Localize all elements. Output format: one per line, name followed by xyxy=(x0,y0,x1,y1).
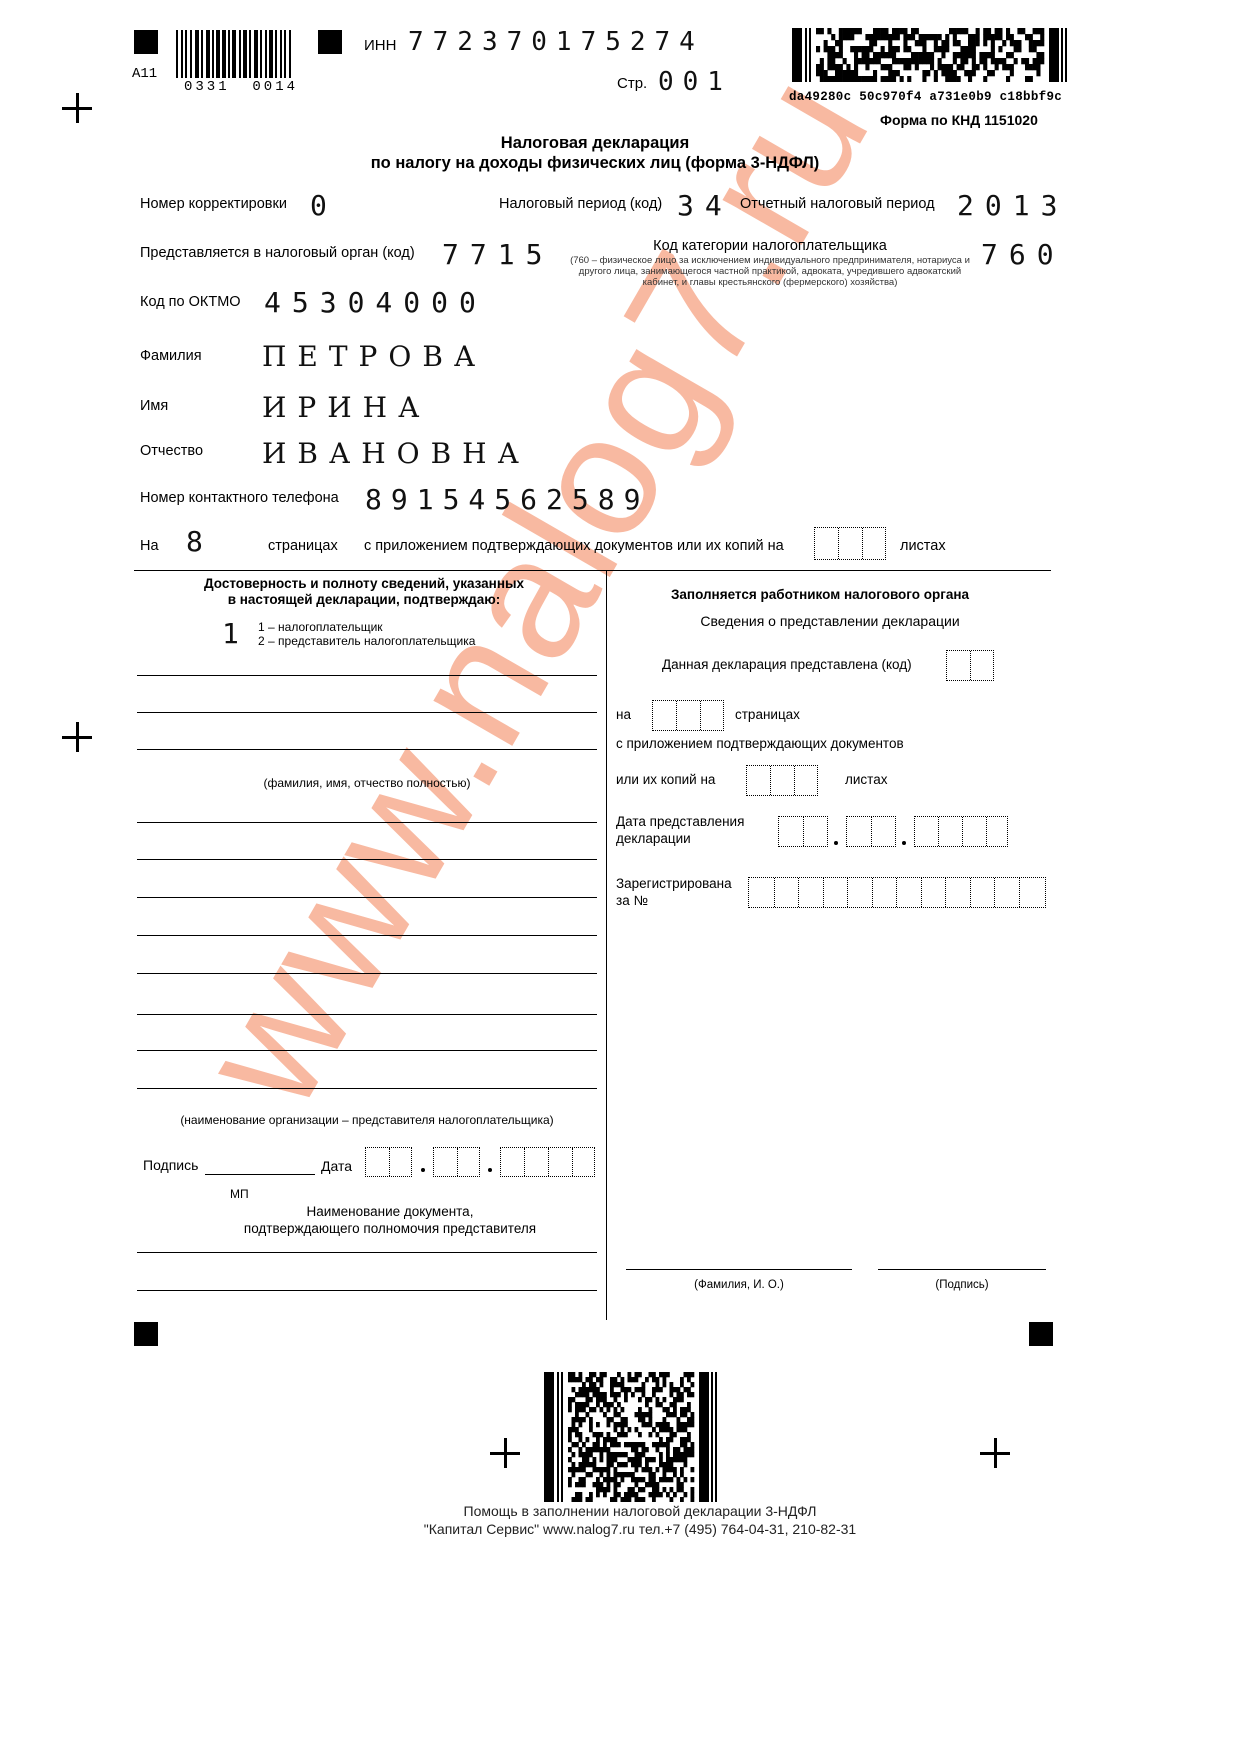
signer-options: 1 – налогоплательщик 2 – представитель н… xyxy=(258,620,475,648)
confirm-heading-line-2: в настоящей декларации, подтверждаю: xyxy=(134,592,594,608)
entry-line[interactable] xyxy=(137,749,597,750)
submission-date-day[interactable] xyxy=(778,816,828,847)
alignment-square-top-left xyxy=(134,30,158,54)
date-separator xyxy=(834,841,838,845)
submitted-code-label: Данная декларация представлена (код) xyxy=(662,657,912,672)
pages-label: страницах xyxy=(268,538,338,554)
patronymic-label: Отчество xyxy=(140,443,203,459)
crosshair-mark-icon xyxy=(62,93,92,123)
submission-date-label-line-1: Дата представления xyxy=(616,813,744,830)
officer-name-caption: (Фамилия, И. О.) xyxy=(626,1279,852,1291)
officer-sheets-label: листах xyxy=(845,772,887,787)
entry-line[interactable] xyxy=(137,1252,597,1253)
signer-value[interactable]: 1 xyxy=(222,620,250,648)
officer-signature-line[interactable] xyxy=(878,1269,1046,1270)
date-label: Дата xyxy=(321,1158,352,1174)
footer-line-2[interactable]: "Капитал Сервис" www.nalog7.ru тел.+7 (4… xyxy=(300,1520,980,1538)
officer-name-line[interactable] xyxy=(626,1269,852,1270)
pages-prefix: На xyxy=(140,538,159,554)
registered-label: Зарегистрирована за № xyxy=(616,875,732,909)
reporting-year-label: Отчетный налоговый период xyxy=(740,196,935,212)
doc-caption-line-1: Наименование документа, xyxy=(160,1203,620,1220)
hash-text: da49280c 50c970f4 a731e0b9 c18bbf9c xyxy=(789,90,1062,104)
barcode-number: 0331 0014 xyxy=(184,79,298,95)
entry-line[interactable] xyxy=(137,897,597,898)
tax-authority-value[interactable]: 7715 xyxy=(442,241,553,269)
linear-barcode xyxy=(176,30,294,80)
date-year-field[interactable] xyxy=(500,1147,595,1177)
signature-label: Подпись xyxy=(143,1157,198,1173)
alignment-square-bottom-right xyxy=(1029,1322,1053,1346)
form-code-label: А11 xyxy=(132,66,157,82)
patronymic-value[interactable]: ИВАНОВНА xyxy=(262,440,530,468)
tax-period-value[interactable]: 34 xyxy=(677,192,733,220)
date-separator xyxy=(488,1168,492,1172)
officer-pages-label: страницах xyxy=(735,707,800,722)
entry-line[interactable] xyxy=(137,1014,597,1015)
title-line-2: по налогу на доходы физических лиц (форм… xyxy=(300,153,890,173)
stamp-label: МП xyxy=(230,1187,249,1201)
crosshair-mark-icon xyxy=(62,722,92,752)
phone-label: Номер контактного телефона xyxy=(140,490,339,506)
entry-line[interactable] xyxy=(137,1290,597,1291)
entry-line[interactable] xyxy=(137,1088,597,1089)
sheets-label: листах xyxy=(900,538,946,554)
crosshair-mark-icon xyxy=(490,1438,520,1468)
submission-date-year[interactable] xyxy=(914,816,1008,847)
signer-option-1: 1 – налогоплательщик xyxy=(258,620,475,634)
submission-subheading: Сведения о представлении декларации xyxy=(620,613,1040,629)
tax-period-label: Налоговый период (код) xyxy=(499,196,662,212)
entry-line[interactable] xyxy=(137,973,597,974)
date-separator xyxy=(902,841,906,845)
submission-date-month[interactable] xyxy=(846,816,896,847)
inn-value: 772370175274 xyxy=(408,28,704,56)
signature-line[interactable] xyxy=(205,1174,315,1175)
officer-attachments-line-1: с приложением подтверждающих документов xyxy=(616,736,904,751)
date-month-field[interactable] xyxy=(433,1147,480,1177)
entry-line[interactable] xyxy=(137,712,597,713)
alignment-square-top-mid xyxy=(318,30,342,54)
surname-value[interactable]: ПЕТРОВА xyxy=(262,343,486,371)
section-divider xyxy=(134,570,1051,571)
tax-officer-heading: Заполняется работником налогового органа xyxy=(610,587,1030,602)
category-block: Код категории налогоплательщика (760 – ф… xyxy=(570,238,970,288)
date-day-field[interactable] xyxy=(365,1147,412,1177)
fio-caption: (фамилия, имя, отчество полностью) xyxy=(137,776,597,790)
officer-pages-prefix: на xyxy=(616,707,631,722)
correction-label: Номер корректировки xyxy=(140,196,287,212)
registered-label-line-2: за № xyxy=(616,892,732,909)
alignment-square-bottom-left xyxy=(134,1322,158,1346)
pages-value[interactable]: 8 xyxy=(186,528,214,556)
pdf417-barcode-bottom xyxy=(544,1372,718,1502)
oktmo-label: Код по ОКТМО xyxy=(140,294,241,310)
inn-label: ИНН xyxy=(364,37,396,54)
category-note: (760 – физическое лицо за исключением ин… xyxy=(570,255,970,288)
knd-label: Форма по КНД 1151020 xyxy=(880,112,1038,128)
title-line-1: Налоговая декларация xyxy=(300,133,890,153)
doc-caption: Наименование документа, подтверждающего … xyxy=(160,1203,620,1237)
org-caption: (наименование организации – представител… xyxy=(137,1113,597,1127)
pdf417-barcode-top xyxy=(792,28,1068,82)
entry-line[interactable] xyxy=(137,822,597,823)
category-value[interactable]: 760 xyxy=(981,241,1065,269)
page-title: Налоговая декларация по налогу на доходы… xyxy=(300,133,890,173)
attachments-label: с приложением подтверждающих документов … xyxy=(364,538,784,554)
entry-line[interactable] xyxy=(137,1050,597,1051)
submission-date-label-line-2: декларации xyxy=(616,830,744,847)
registration-number-field[interactable] xyxy=(748,877,1046,908)
officer-sheets-field[interactable] xyxy=(746,765,818,796)
officer-pages-field[interactable] xyxy=(652,700,724,731)
reporting-year-value[interactable]: 2013 xyxy=(957,192,1068,220)
correction-value[interactable]: 0 xyxy=(310,192,338,220)
surname-label: Фамилия xyxy=(140,348,202,364)
submitted-code-field[interactable] xyxy=(946,650,994,681)
tax-authority-label: Представляется в налоговый орган (код) xyxy=(140,245,415,261)
crosshair-mark-icon xyxy=(980,1438,1010,1468)
date-separator xyxy=(421,1168,425,1172)
name-value[interactable]: ИРИНА xyxy=(262,394,430,422)
officer-signature-caption: (Подпись) xyxy=(878,1279,1046,1291)
submission-date-label: Дата представления декларации xyxy=(616,813,744,847)
page-value: 001 xyxy=(658,68,732,96)
officer-attachments-line-2: или их копий на xyxy=(616,772,715,787)
name-label: Имя xyxy=(140,398,168,414)
entry-line[interactable] xyxy=(137,935,597,936)
doc-caption-line-2: подтверждающего полномочия представителя xyxy=(160,1220,620,1237)
entry-line[interactable] xyxy=(137,675,597,676)
confirm-heading: Достоверность и полноту сведений, указан… xyxy=(134,576,594,608)
footer-line-1: Помощь в заполнении налоговой декларации… xyxy=(300,1502,980,1520)
page-label: Стр. xyxy=(617,75,647,92)
registered-label-line-1: Зарегистрирована xyxy=(616,875,732,892)
signer-option-2: 2 – представитель налогоплательщика xyxy=(258,634,475,648)
entry-line[interactable] xyxy=(137,859,597,860)
confirm-heading-line-1: Достоверность и полноту сведений, указан… xyxy=(134,576,594,592)
footer: Помощь в заполнении налоговой декларации… xyxy=(300,1502,980,1538)
oktmo-value[interactable]: 45304000 xyxy=(264,289,487,317)
attachments-sheets-field[interactable] xyxy=(814,527,886,560)
phone-value[interactable]: 89154562589 xyxy=(365,486,649,514)
category-label: Код категории налогоплательщика xyxy=(570,238,970,255)
